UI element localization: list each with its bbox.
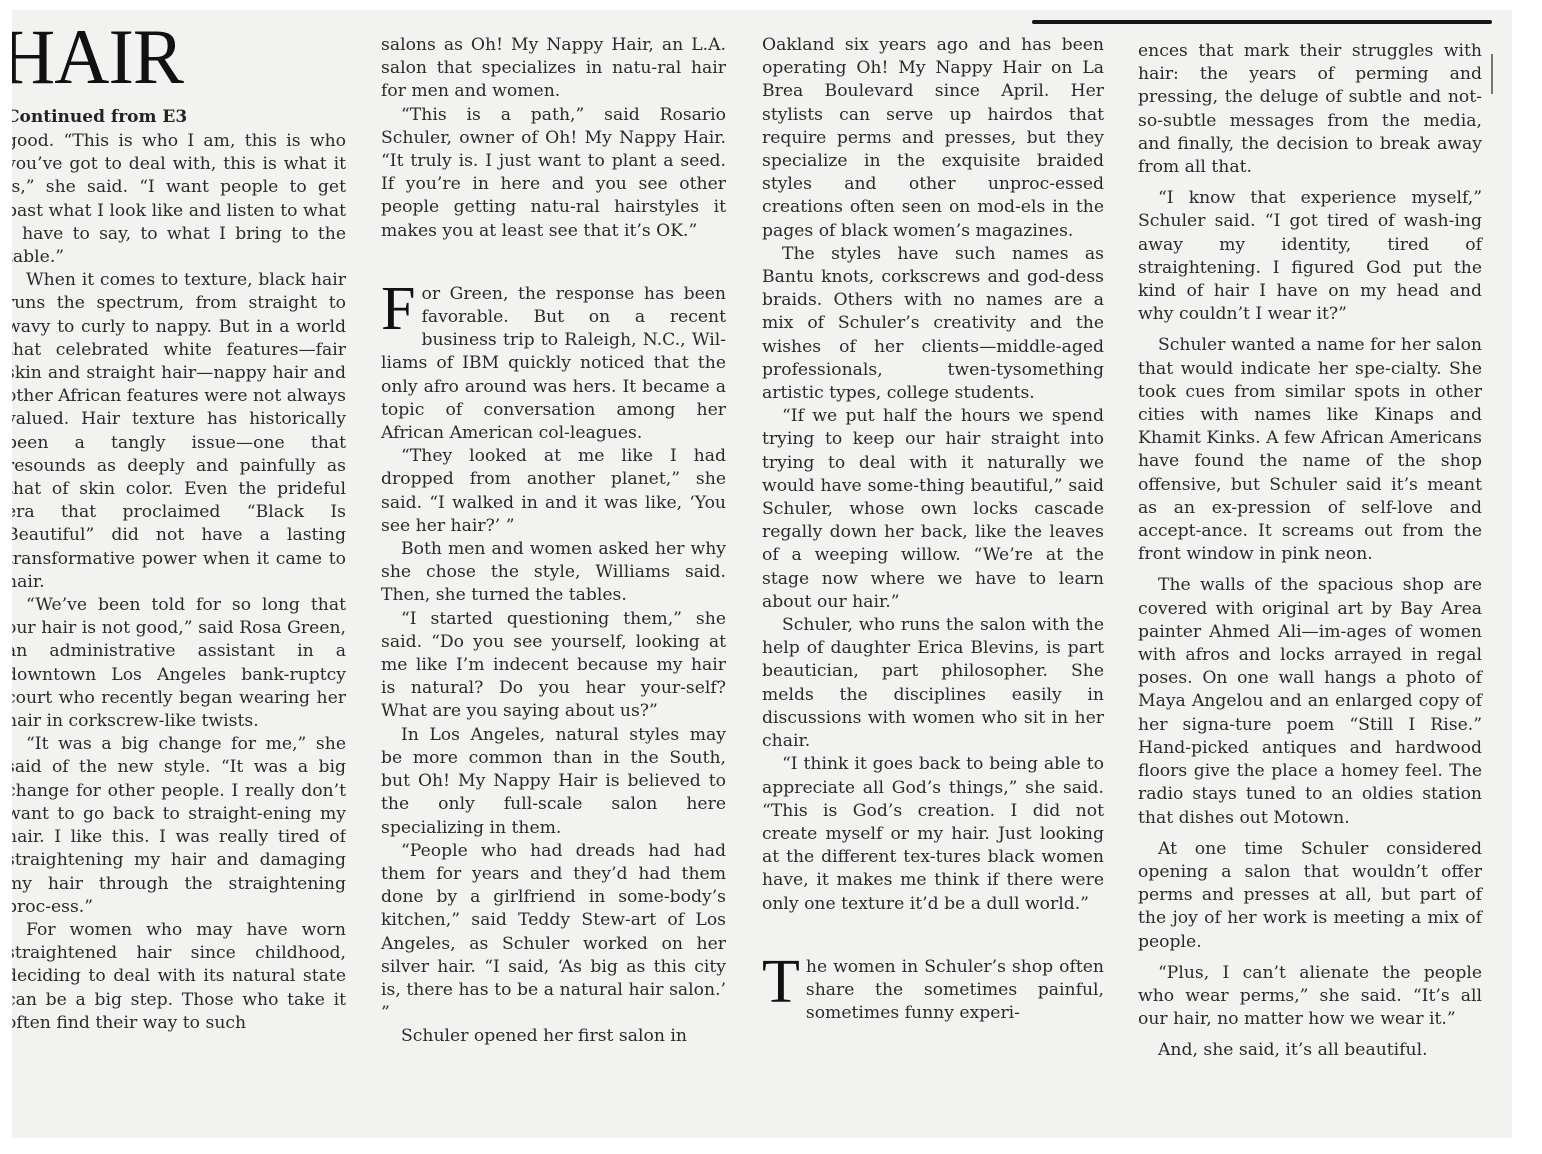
paragraph: Oakland six years ago and has been opera… bbox=[762, 34, 1104, 243]
paragraph: Schuler wanted a name for her salon that… bbox=[1138, 334, 1482, 566]
drop-cap: F bbox=[381, 285, 415, 333]
paragraph: “I started questioning them,” she said. … bbox=[381, 608, 726, 724]
paragraph-with-drop-cap: For Green, the response has been favorab… bbox=[381, 283, 726, 445]
section-break bbox=[381, 243, 726, 283]
newspaper-clipping: HAIR Continued from E3 good. “This is wh… bbox=[12, 10, 1512, 1138]
paragraph: And, she said, it’s all beautiful. bbox=[1138, 1039, 1482, 1062]
paragraph: Schuler opened her first salon in bbox=[381, 1025, 726, 1048]
paragraph: ences that mark their struggles with hai… bbox=[1138, 40, 1482, 179]
paragraph: “It was a big change for me,” she said o… bbox=[6, 733, 346, 919]
paragraph: “I think it goes back to being able to a… bbox=[762, 753, 1104, 915]
paragraph: “We’ve been told for so long that our ha… bbox=[6, 594, 346, 733]
paragraph: salons as Oh! My Nappy Hair, an L.A. sal… bbox=[381, 34, 726, 104]
article-column-4: ences that mark their struggles with hai… bbox=[1138, 40, 1482, 1063]
paragraph: In Los Angeles, natural styles may be mo… bbox=[381, 724, 726, 840]
section-break bbox=[762, 916, 1104, 956]
article-column-3: Oakland six years ago and has been opera… bbox=[762, 34, 1104, 1025]
paragraph: “People who had dreads had had them for … bbox=[381, 840, 726, 1026]
paragraph: “They looked at me like I had dropped fr… bbox=[381, 445, 726, 538]
paragraph-text: or Green, the response has been favorabl… bbox=[381, 284, 726, 443]
continued-from-label: Continued from E3 bbox=[6, 106, 346, 128]
paragraph: At one time Schuler considered opening a… bbox=[1138, 838, 1482, 954]
paragraph: good. “This is who I am, this is who you… bbox=[6, 130, 346, 269]
article-column-1: HAIR Continued from E3 good. “This is wh… bbox=[12, 10, 346, 1035]
article-column-2: salons as Oh! My Nappy Hair, an L.A. sal… bbox=[381, 34, 726, 1049]
drop-cap: T bbox=[762, 958, 800, 1006]
paragraph: Both men and women asked her why she cho… bbox=[381, 538, 726, 608]
paragraph: For women who may have worn straightened… bbox=[6, 919, 346, 1035]
paragraph: “I know that experience myself,” Schuler… bbox=[1138, 187, 1482, 326]
paragraph-with-drop-cap: The women in Schuler’s shop often share … bbox=[762, 956, 1104, 1026]
top-rule-divider bbox=[1032, 20, 1492, 24]
paragraph: The styles have such names as Bantu knot… bbox=[762, 243, 1104, 405]
paragraph: When it comes to texture, black hair run… bbox=[6, 269, 346, 594]
paragraph: Schuler, who runs the salon with the hel… bbox=[762, 614, 1104, 753]
paragraph: “This is a path,” said Rosario Schuler, … bbox=[381, 104, 726, 243]
paragraph: “If we put half the hours we spend tryin… bbox=[762, 405, 1104, 614]
paragraph: The walls of the spacious shop are cover… bbox=[1138, 574, 1482, 829]
paragraph: “Plus, I can’t alienate the people who w… bbox=[1138, 962, 1482, 1032]
column-edge-mark bbox=[1491, 54, 1493, 94]
paragraph-text: he women in Schuler’s shop often share t… bbox=[806, 957, 1104, 1023]
headline: HAIR bbox=[0, 22, 339, 92]
